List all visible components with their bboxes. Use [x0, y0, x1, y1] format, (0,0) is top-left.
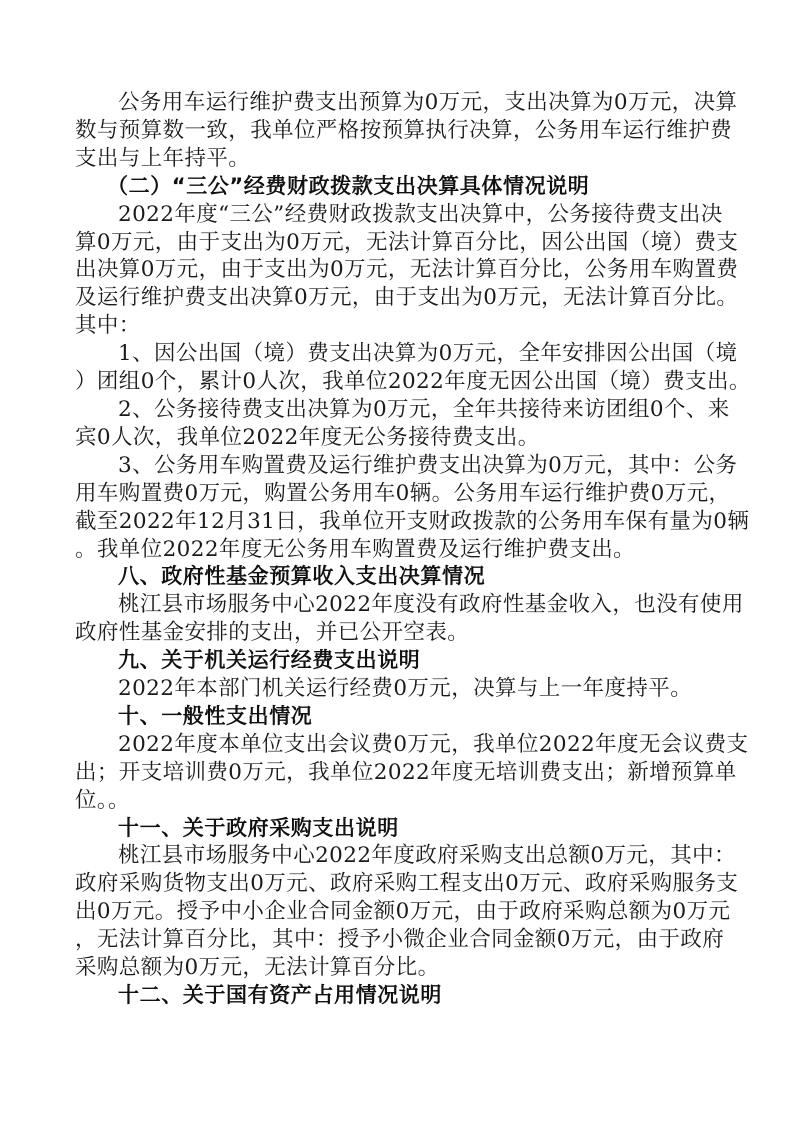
text-line: 其中： — [75, 312, 711, 340]
text-line: 桃江县市场服务中心2022年度政府采购支出总额0万元，其中： — [75, 842, 711, 870]
text-line: 公务用车运行维护费支出预算为0万元，支出决算为0万元，决算 — [75, 89, 711, 117]
paragraph-reception: 2、公务接待费支出决算为0万元，全年共接待来访团组0个、来 宾0人次，我单位20… — [75, 396, 711, 452]
text-line: 1、因公出国（境）费支出决算为0万元，全年安排因公出国（境 — [75, 340, 711, 368]
text-line: 截至2022年12月31日，我单位开支财政拨款的公务用车保有量为0辆 — [75, 508, 711, 536]
paragraph-overseas-travel: 1、因公出国（境）费支出决算为0万元，全年安排因公出国（境 ）团组0个，累计0人… — [75, 340, 711, 396]
text-line: 采购总额为0万元，无法计算百分比。 — [75, 954, 711, 982]
text-line: 位。。 — [75, 787, 711, 815]
text-line: 宾0人次，我单位2022年度无公务接待费支出。 — [75, 424, 711, 452]
text-line: 2、公务接待费支出决算为0万元，全年共接待来访团组0个、来 — [75, 396, 711, 424]
paragraph-three-public-summary: 2022年度“三公”经费财政拨款支出决算中，公务接待费支出决 算0万元，由于支出… — [75, 201, 711, 341]
section-heading-state-assets: 十二、关于国有资产占用情况说明 — [75, 982, 711, 1010]
text-line: ，无法计算百分比，其中：授予小微企业合同金额0万元，由于政府 — [75, 926, 711, 954]
section-heading-general-expenditure: 十、一般性支出情况 — [75, 703, 711, 731]
text-line: 政府性基金安排的支出，并已公开空表。 — [75, 619, 711, 647]
paragraph-general-expenditure: 2022年度本单位支出会议费0万元，我单位2022年度无会议费支 出；开支培训费… — [75, 731, 711, 815]
text-line: 桃江县市场服务中心2022年度没有政府性基金收入，也没有使用 — [75, 591, 711, 619]
text-line: 2022年度“三公”经费财政拨款支出决算中，公务接待费支出决 — [75, 201, 711, 229]
text-line: 及运行维护费支出决算0万元，由于支出为0万元，无法计算百分比。 — [75, 284, 711, 312]
text-line: 算0万元，由于支出为0万元，无法计算百分比，因公出国（境）费支 — [75, 229, 711, 257]
paragraph-operating-expenses: 2022年本部门机关运行经费0万元，决算与上一年度持平。 — [75, 675, 711, 703]
section-heading-operating-expenses: 九、关于机关运行经费支出说明 — [75, 647, 711, 675]
text-line: 2022年度本单位支出会议费0万元，我单位2022年度无会议费支 — [75, 731, 711, 759]
text-line: 3、公务用车购置费及运行维护费支出决算为0万元，其中：公务 — [75, 452, 711, 480]
text-line: 数与预算数一致，我单位严格按预算执行决算，公务用车运行维护费 — [75, 117, 711, 145]
text-line: 2022年本部门机关运行经费0万元，决算与上一年度持平。 — [75, 675, 711, 703]
text-line: 出0万元。授予中小企业合同金额0万元，由于政府采购总额为0万元 — [75, 898, 711, 926]
paragraph-vehicle-maintenance: 公务用车运行维护费支出预算为0万元，支出决算为0万元，决算 数与预算数一致，我单… — [75, 89, 711, 173]
document-page: 公务用车运行维护费支出预算为0万元，支出决算为0万元，决算 数与预算数一致，我单… — [75, 89, 711, 1010]
section-heading-three-public-details: （二）“三公”经费财政拨款支出决算具体情况说明 — [75, 173, 711, 201]
text-line: 。我单位2022年度无公务用车购置费及运行维护费支出。 — [75, 536, 711, 564]
paragraph-government-fund: 桃江县市场服务中心2022年度没有政府性基金收入，也没有使用 政府性基金安排的支… — [75, 591, 711, 647]
paragraph-vehicle-purchase: 3、公务用车购置费及运行维护费支出决算为0万元，其中：公务 用车购置费0万元，购… — [75, 452, 711, 564]
text-line: 出；开支培训费0万元，我单位2022年度无培训费支出；新增预算单 — [75, 759, 711, 787]
text-line: 政府采购货物支出0万元、政府采购工程支出0万元、政府采购服务支 — [75, 870, 711, 898]
text-line: ）团组0个，累计0人次，我单位2022年度无因公出国（境）费支出。 — [75, 368, 711, 396]
paragraph-government-procurement: 桃江县市场服务中心2022年度政府采购支出总额0万元，其中： 政府采购货物支出0… — [75, 842, 711, 982]
section-heading-government-fund: 八、政府性基金预算收入支出决算情况 — [75, 563, 711, 591]
text-line: 用车购置费0万元，购置公务用车0辆。公务用车运行维护费0万元， — [75, 480, 711, 508]
text-line: 支出与上年持平。 — [75, 145, 711, 173]
text-line: 出决算0万元，由于支出为0万元，无法计算百分比，公务用车购置费 — [75, 256, 711, 284]
section-heading-government-procurement: 十一、关于政府采购支出说明 — [75, 815, 711, 843]
